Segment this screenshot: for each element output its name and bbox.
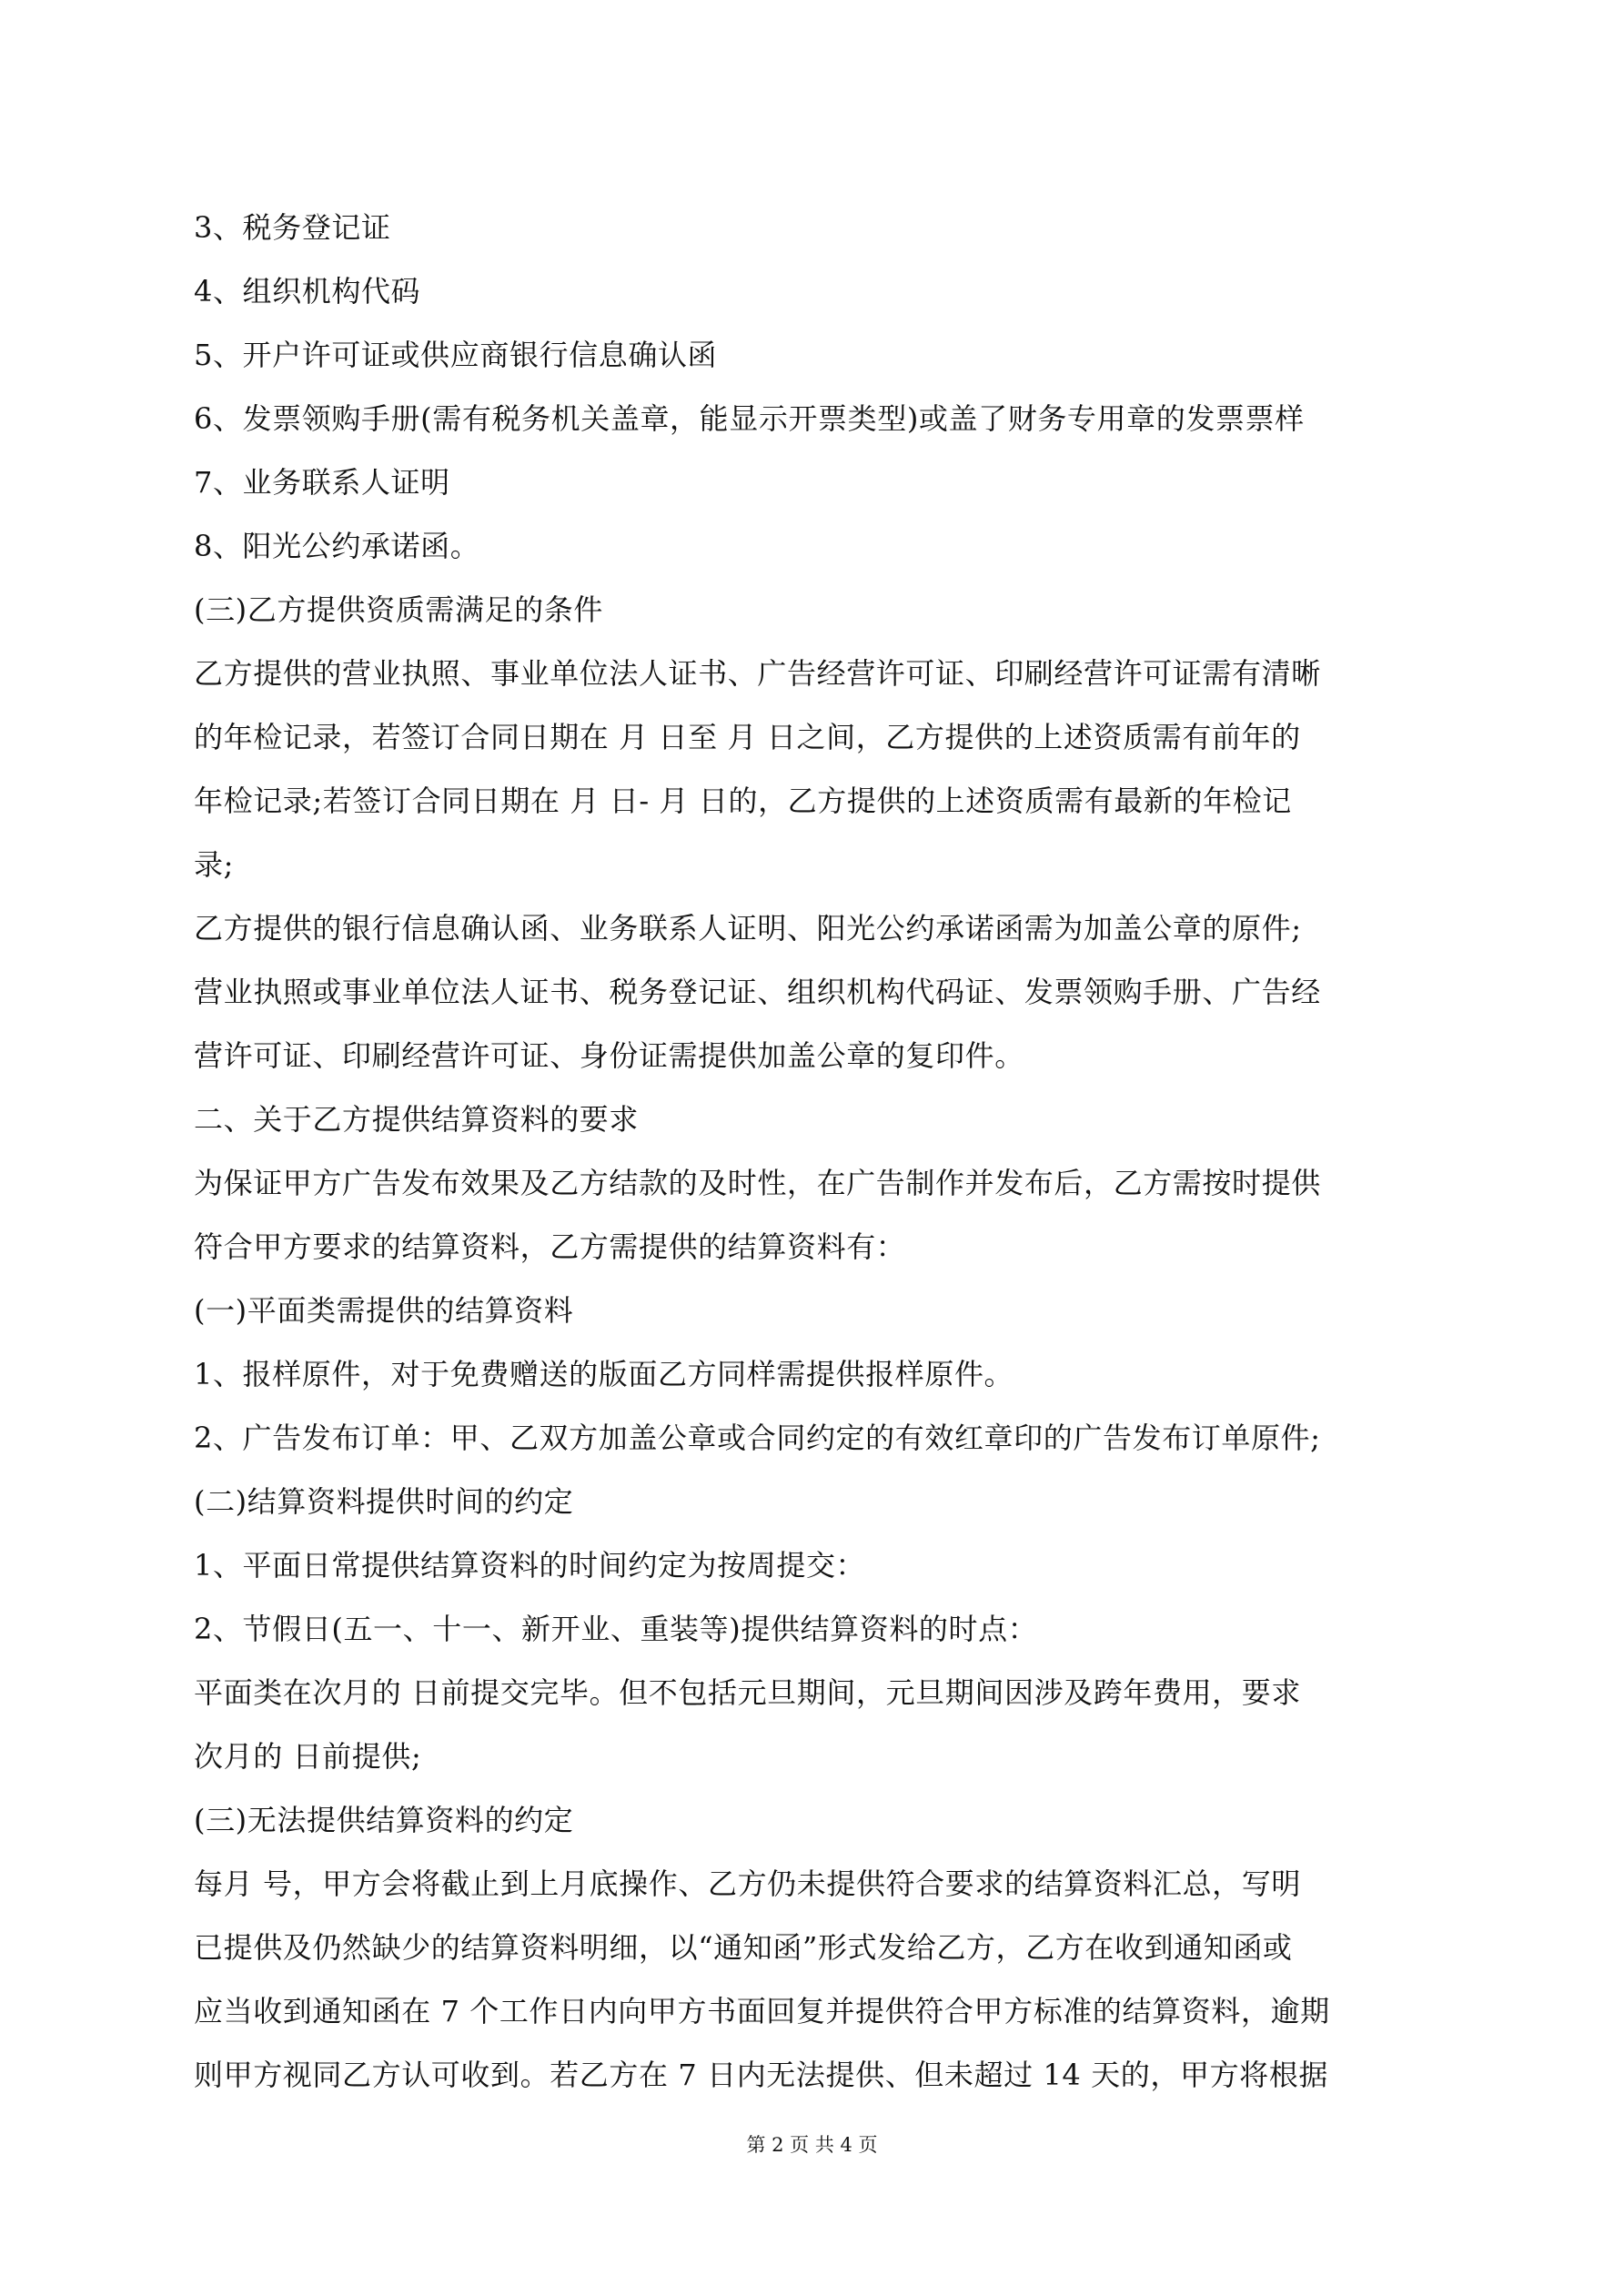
paragraph-line: 乙方提供的银行信息确认函、业务联系人证明、阳光公约承诺函需为加盖公章的原件; <box>194 896 1302 960</box>
section-heading: (一)平面类需提供的结算资料 <box>194 1279 573 1342</box>
list-item: 4、组织机构代码 <box>194 259 420 323</box>
list-item: 7、业务联系人证明 <box>194 450 450 514</box>
paragraph-line: 营许可证、印刷经营许可证、身份证需提供加盖公章的复印件。 <box>194 1024 1024 1087</box>
list-item: 3、税务登记证 <box>194 196 391 259</box>
paragraph-line: 为保证甲方广告发布效果及乙方结款的及时性，在广告制作并发布后，乙方需按时提供 <box>194 1151 1321 1215</box>
section-heading: (三)无法提供结算资料的约定 <box>194 1788 573 1852</box>
section-heading: (三)乙方提供资质需满足的条件 <box>194 578 603 642</box>
section-heading: 二、关于乙方提供结算资料的要求 <box>194 1087 639 1151</box>
paragraph-line: 则甲方视同乙方认可收到。若乙方在 7 日内无法提供、但未超过 14 天的，甲方将… <box>194 2043 1328 2107</box>
paragraph-line: 乙方提供的营业执照、事业单位法人证书、广告经营许可证、印刷经营许可证需有清晰 <box>194 642 1321 705</box>
list-item: 6、发票领购手册(需有税务机关盖章，能显示开票类型)或盖了财务专用章的发票票样 <box>194 387 1305 450</box>
paragraph-line: 每月 号，甲方会将截止到上月底操作、乙方仍未提供符合要求的结算资料汇总，写明 <box>194 1852 1301 1916</box>
document-page: 3、税务登记证 4、组织机构代码 5、开户许可证或供应商银行信息确认函 6、发票… <box>0 0 1624 2296</box>
section-heading: (二)结算资料提供时间的约定 <box>194 1470 573 1533</box>
list-item: 2、节假日(五一、十一、新开业、重装等)提供结算资料的时点： <box>194 1597 1037 1661</box>
list-item: 1、报样原件，对于免费赠送的版面乙方同样需提供报样原件。 <box>194 1342 1014 1406</box>
page-number-footer: 第 2 页 共 4 页 <box>0 2131 1624 2159</box>
list-item: 5、开户许可证或供应商银行信息确认函 <box>194 323 717 387</box>
paragraph-line: 年检记录;若签订合同日期在 月 日- 月 日的，乙方提供的上述资质需有最新的年检… <box>194 769 1292 833</box>
list-item: 1、平面日常提供结算资料的时间约定为按周提交： <box>194 1533 865 1597</box>
paragraph-line: 平面类在次月的 日前提交完毕。但不包括元旦期间，元旦期间因涉及跨年费用，要求 <box>194 1661 1301 1725</box>
paragraph-line: 应当收到通知函在 7 个工作日内向甲方书面回复并提供符合甲方标准的结算资料，逾期 <box>194 1979 1330 2043</box>
list-item: 2、广告发布订单：甲、乙双方加盖公章或合同约定的有效红章印的广告发布订单原件; <box>194 1406 1321 1470</box>
paragraph-line: 录; <box>194 833 234 896</box>
paragraph-line: 营业执照或事业单位法人证书、税务登记证、组织机构代码证、发票领购手册、广告经 <box>194 960 1321 1024</box>
paragraph-line: 符合甲方要求的结算资料，乙方需提供的结算资料有： <box>194 1215 905 1279</box>
paragraph-line: 的年检记录，若签订合同日期在 月 日至 月 日之间，乙方提供的上述资质需有前年的 <box>194 705 1301 769</box>
paragraph-line: 次月的 日前提供; <box>194 1725 421 1788</box>
paragraph-line: 已提供及仍然缺少的结算资料明细，以“通知函”形式发给乙方，乙方在收到通知函或 <box>194 1916 1293 1979</box>
list-item: 8、阳光公约承诺函。 <box>194 514 479 578</box>
